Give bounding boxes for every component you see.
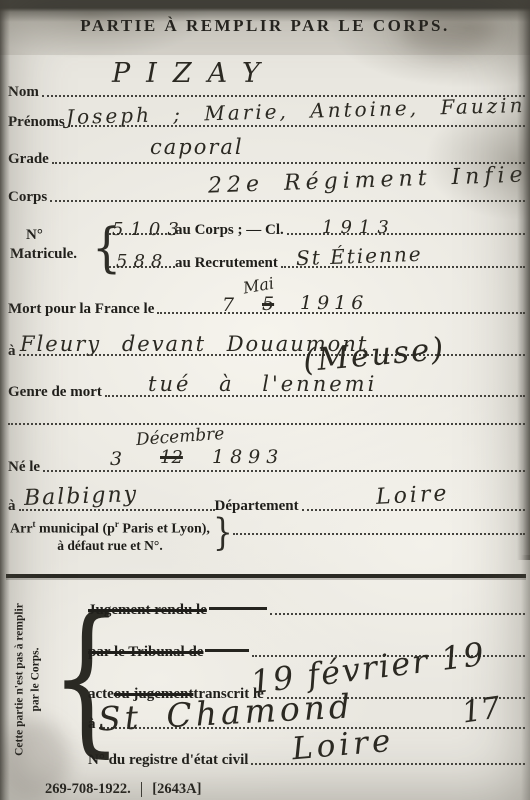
dotted-line xyxy=(50,198,525,202)
dotted-line xyxy=(8,421,525,425)
lieu-mort-departement-value: (Meuse) xyxy=(302,334,447,377)
dotted-line xyxy=(233,531,525,535)
mort-year-value: 1916 xyxy=(300,294,368,313)
strike-extension xyxy=(209,607,267,610)
genre-mort-value: tué à l'ennemi xyxy=(148,374,377,395)
field-row-jugement: Jugement rendu le xyxy=(88,596,525,618)
au-recrutement-label: au Recrutement xyxy=(175,255,278,272)
matricule-recrutement-value: 588 xyxy=(116,253,168,271)
scan-artifact-right-edge-lower xyxy=(521,555,530,800)
arrondissement-label: Arrt municipal (pr Paris et Lyon), à déf… xyxy=(10,519,210,555)
dotted-line xyxy=(52,160,525,164)
print-reference-divider xyxy=(141,782,143,797)
strike-extension xyxy=(205,649,249,652)
prenoms-label: Prénoms xyxy=(8,114,65,131)
print-reference-number: 269-708-1922. xyxy=(45,781,131,798)
arrondissement-label-line1: Arrt municipal (pr Paris et Lyon), xyxy=(10,519,210,538)
lieu-recrutement-value: St Étienne xyxy=(296,244,423,268)
arr-label-part: Arr xyxy=(10,522,33,537)
scan-artifact-top-edge xyxy=(0,0,530,22)
classe-value: 1913 xyxy=(322,219,396,237)
scan-artifact-left-edge xyxy=(0,0,10,800)
arrondissement-value-row xyxy=(233,528,525,538)
corps-label: Corps xyxy=(8,189,47,206)
grade-label: Grade xyxy=(8,151,49,168)
lieu-naissance-value: Balbigny xyxy=(24,484,139,510)
mort-label: Mort pour la France le xyxy=(8,301,154,318)
continuation-line-row xyxy=(8,420,525,428)
naissance-day-value: 3 xyxy=(110,450,122,469)
matricule-label-line2: Matricule. xyxy=(10,245,77,264)
departement-value: Loire xyxy=(375,483,449,509)
side-note: Cette partie n'est pas à remplir par le … xyxy=(12,594,43,766)
arr-label-part: municipal (p xyxy=(36,522,115,537)
jugement-label: Jugement rendu le xyxy=(88,602,207,619)
registre-label: N° du registre d'état civil xyxy=(88,752,248,769)
arr-label-part: Paris et Lyon), xyxy=(119,522,210,537)
naissance-label: Né le xyxy=(8,459,40,476)
matricule-label: N° Matricule. xyxy=(10,226,77,264)
scan-artifact-right-edge xyxy=(517,0,530,560)
registre-value: Loire xyxy=(291,726,396,766)
genre-mort-label: Genre de mort xyxy=(8,384,102,401)
tribunal-label: par le Tribunal de xyxy=(88,644,203,661)
lieu-transcription-label: à xyxy=(88,716,96,733)
mort-day-value: 7 xyxy=(222,296,234,315)
scanned-death-record: PARTIE À REMPLIR PAR LE CORPS. Nom PIZAY… xyxy=(0,0,530,800)
mort-month-crossed-value: 5 xyxy=(262,295,274,314)
dotted-line xyxy=(270,611,525,615)
field-row-grade: Grade xyxy=(8,145,525,167)
print-reference: 269-708-1922. [2643A] xyxy=(45,781,201,798)
grade-value: caporal xyxy=(150,137,244,158)
naissance-year-value: 1893 xyxy=(212,448,284,467)
arrondissement-brace-icon: } xyxy=(213,515,233,552)
print-reference-code: [2643A] xyxy=(152,781,201,798)
matricule-label-line1: N° xyxy=(10,226,77,245)
transcription-year-continuation: 17 xyxy=(460,693,502,728)
naissance-month-crossed-value: 12 xyxy=(160,449,183,467)
arrondissement-label-line2: à défaut rue et N°. xyxy=(10,538,210,555)
au-corps-label: au Corps ; — Cl. xyxy=(175,222,284,239)
section-separator xyxy=(6,574,526,578)
nom-label: Nom xyxy=(8,84,39,101)
nom-value: PIZAY xyxy=(112,60,276,87)
matricule-corps-value: 5103 xyxy=(112,221,186,239)
